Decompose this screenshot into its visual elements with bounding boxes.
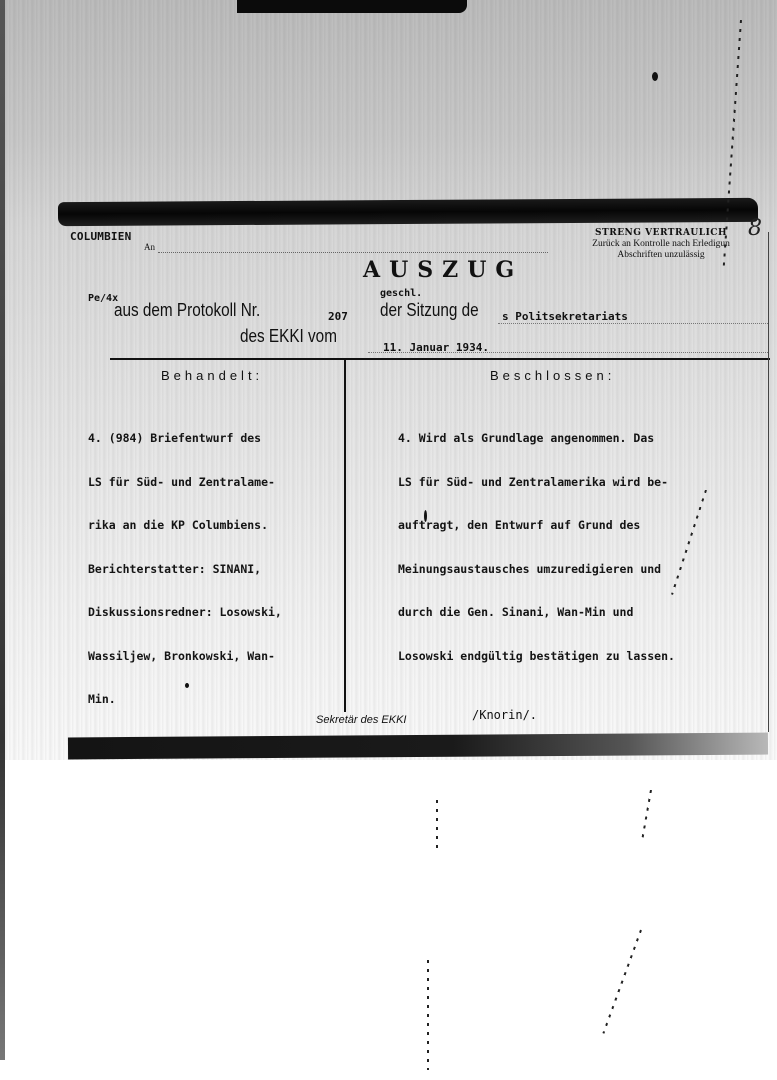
date-label: des EKKI vom [240,326,337,347]
scan-streak [436,800,438,850]
text-line: 4. Wird als Grundlage angenommen. Das [398,431,675,446]
text-line: rika an die KP Columbiens. [88,518,282,533]
scan-streak [641,790,652,840]
redaction-bar-top [237,0,467,13]
protocol-label: aus dem Protokoll Nr. [114,300,260,321]
confidential-title: STRENG VERTRAULICH [566,228,756,239]
recipient-country: COLUMBIEN [70,230,131,243]
text-line: Losowski endgültig bestätigen zu lassen. [398,649,675,664]
text-line: LS für Süd- und Zentralamerika wird be- [398,475,675,490]
text-line: Wassiljew, Bronkowski, Wan- [88,649,282,664]
scan-streak [602,930,642,1034]
scan-edge-shadow [0,0,5,1060]
recipient-label: An [144,242,155,252]
dotted-fill-line [368,352,768,353]
protocol-number: 207 [328,310,348,323]
scan-speck [424,510,427,522]
text-line: LS für Süd- und Zentralame- [88,475,282,490]
text-line: Meinungsaustausches umzuredigieren und [398,562,675,577]
dotted-fill-line [498,323,768,324]
governing-body-name: s Politsekretariats [502,310,628,323]
meeting-label: der Sitzung de [380,300,479,321]
text-line: Min. [88,692,282,707]
handwritten-page-number: 8 [748,216,762,241]
text-line: auftragt, den Entwurf auf Grund des [398,518,675,533]
column-header-decided: Beschlossen: [490,368,615,383]
column-divider [344,360,346,712]
scan-speck [185,683,189,688]
scan-speck [652,72,658,81]
confidentiality-notice: STRENG VERTRAULICH Zurück an Kontrolle n… [566,228,756,261]
signature: /Knorin/. [472,708,537,722]
text-line: Berichterstatter: SINANI, [88,562,282,577]
secretary-label: Sekretär des EKKI [316,714,407,726]
confidential-line-2: Abschriften unzulässig [566,250,756,261]
protocol-excerpt-form: COLUMBIEN An STRENG VERTRAULICH Zurück a… [58,222,770,734]
text-line: Diskussionsredner: Losowski, [88,605,282,620]
scan-streak [427,960,429,1070]
confidential-line-1: Zurück an Kontrolle nach Erledigun [566,239,756,250]
text-line: 4. (984) Briefentwurf des [88,431,282,446]
column-header-discussed: Behandelt: [161,368,263,383]
recipient-dotted-line [158,252,548,253]
table-top-rule [110,358,770,360]
document-title: AUSZUG [363,257,523,283]
closed-session-annotation: geschl. [380,288,422,299]
decided-text: 4. Wird als Grundlage angenommen. Das LS… [398,402,675,692]
text-line: durch die Gen. Sinani, Wan-Min und [398,605,675,620]
form-right-border [768,232,769,732]
